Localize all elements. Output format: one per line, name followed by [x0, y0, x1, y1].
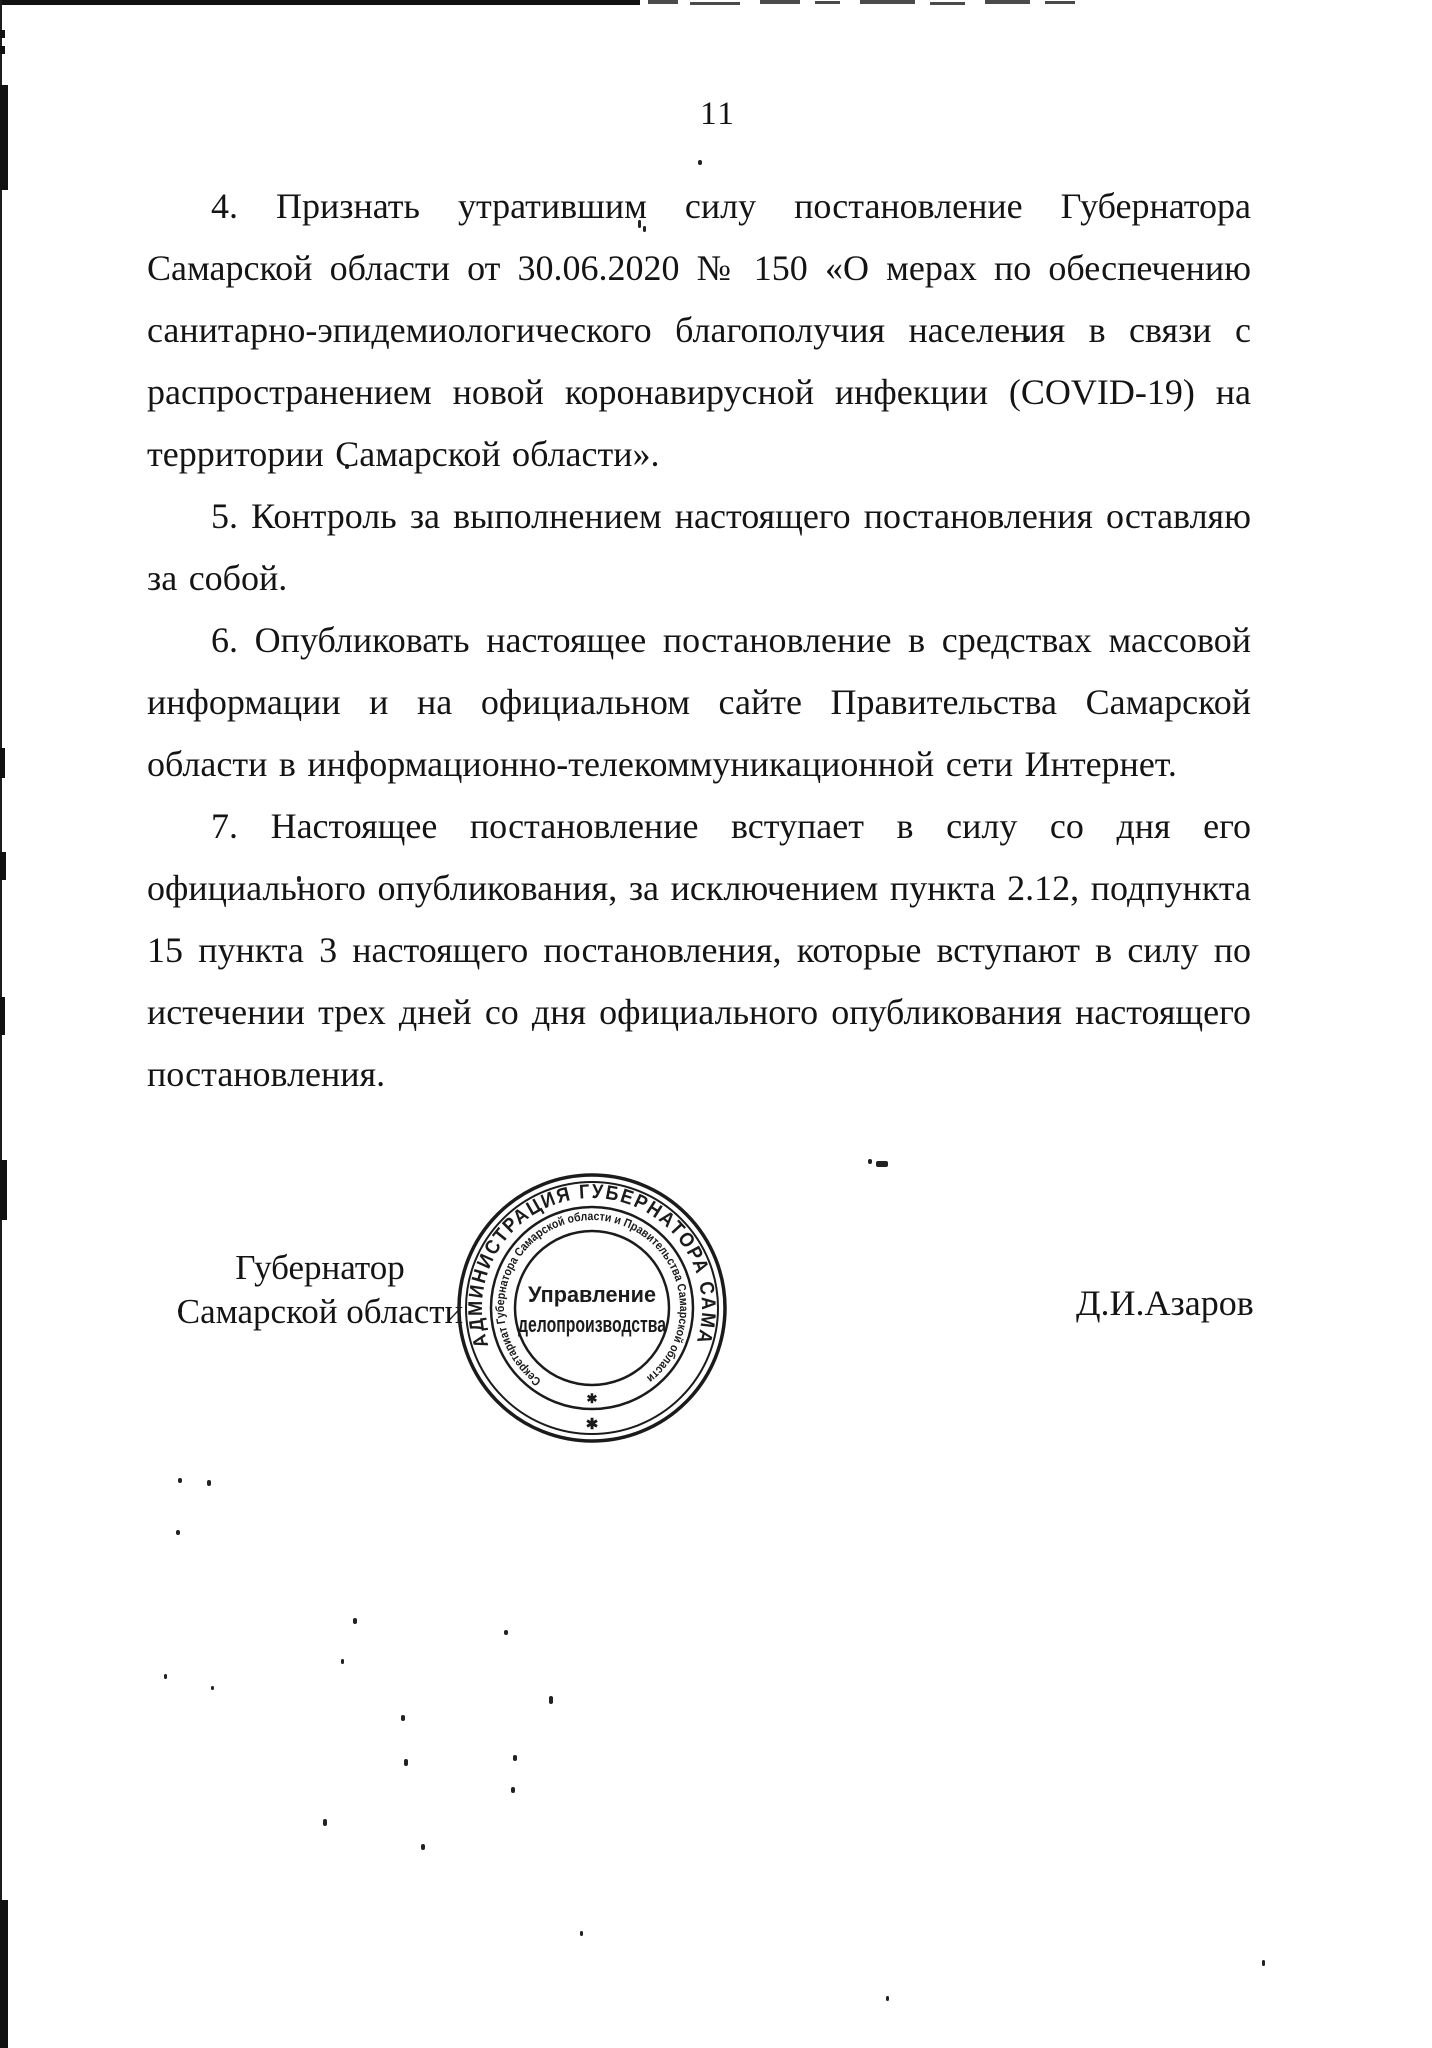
paragraph-5: 5. Контроль за выполнением настоящего по…: [147, 485, 1251, 609]
scanned-document-page: 11 4. Признать утратившим силу постановл…: [0, 0, 1432, 2048]
scan-edge-top-dash: [860, 0, 915, 4]
scan-edge-top-dash: [815, 1, 840, 4]
scan-speckle: [207, 1480, 211, 1486]
scan-edge-top: [0, 0, 640, 5]
signatory-name: Д.И.Азаров: [1076, 1282, 1254, 1324]
scan-speckle: [868, 1159, 872, 1164]
stamp-star-outer: ✱: [586, 1416, 599, 1433]
scan-speckle: [178, 1478, 182, 1483]
scan-speckle: [323, 1819, 327, 1826]
scan-edge-left-segment: [0, 30, 5, 38]
scan-edge-left-segment: [0, 46, 5, 54]
scan-speckle: [176, 1530, 180, 1535]
scan-speckle: [580, 1931, 583, 1936]
document-body: 4. Признать утратившим силу постановлени…: [147, 175, 1251, 1105]
scan-speckle: [511, 1787, 515, 1793]
paragraph-6: 6. Опубликовать настоящее постановление …: [147, 609, 1251, 795]
paragraph-4: 4. Признать утратившим силу постановлени…: [147, 175, 1251, 485]
scan-speckle: [211, 1686, 214, 1690]
scan-speckle: [886, 1996, 889, 2001]
scan-speckle: [698, 160, 702, 165]
scan-speckle: [401, 1715, 405, 1721]
scan-speckle: [404, 1759, 408, 1766]
scan-speckle: [876, 1161, 888, 1167]
stamp-center-line2: делопроизводства: [518, 1312, 667, 1337]
scan-edge-left-segment: [0, 1900, 8, 2048]
paragraph-7: 7. Настоящее постановление вступает в си…: [147, 795, 1251, 1105]
scan-edge-top-dash: [985, 0, 1030, 4]
scan-edge-left-segment: [0, 852, 6, 880]
scan-speckle: [504, 1630, 508, 1635]
page-number: 11: [0, 96, 1432, 133]
scan-speckle: [421, 1844, 425, 1850]
scan-edge-top-dash: [1045, 1, 1075, 4]
scan-edge-left-segment: [0, 997, 5, 1035]
scan-edge-left-segment: [0, 748, 5, 778]
stamp-middle-circle: [491, 1207, 693, 1409]
scan-edge-top-dash: [930, 2, 965, 5]
official-round-stamp: АДМИНИСТРАЦИЯ ГУБЕРНАТОРА САМАРСКОЙ ОБЛА…: [452, 1168, 732, 1448]
scan-edge-left-segment: [0, 1160, 7, 1220]
signatory-title: Губернатор Самарской области: [170, 1246, 470, 1334]
scan-speckle: [164, 1674, 167, 1679]
scan-speckle: [353, 1618, 357, 1624]
scan-speckle: [1262, 1960, 1265, 1966]
scan-edge-top-dash: [690, 2, 740, 5]
scan-speckle: [341, 1659, 344, 1664]
stamp-center-line1: Управление: [528, 1282, 656, 1307]
scan-speckle: [549, 1696, 553, 1704]
stamp-inner-circle: [515, 1231, 669, 1385]
scan-edge-top-dash: [648, 0, 678, 4]
signatory-title-line2: Самарской области: [170, 1290, 470, 1334]
scan-speckle: [513, 1755, 517, 1761]
scan-edge-top-dash: [760, 0, 800, 4]
signatory-title-line1: Губернатор: [170, 1246, 470, 1290]
stamp-star-inner: ✱: [587, 1391, 598, 1406]
